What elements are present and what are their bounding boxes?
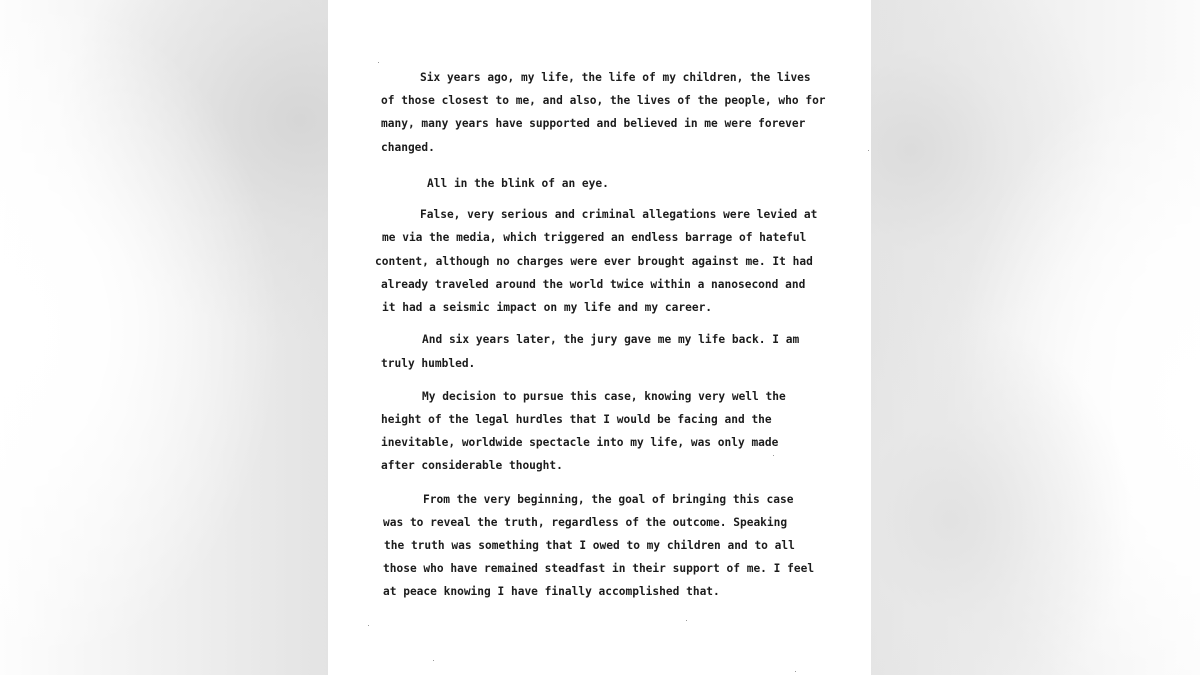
text-line: those who have remained steadfast in the… (383, 562, 814, 576)
text-line: already traveled around the world twice … (381, 278, 805, 292)
text-line: inevitable, worldwide spectacle into my … (381, 436, 778, 450)
scan-speck (868, 150, 869, 151)
text-line: was to reveal the truth, regardless of t… (383, 516, 787, 530)
scan-speck (433, 660, 434, 661)
scan-speck (368, 625, 369, 626)
typewritten-page: Six years ago, my life, the life of my c… (328, 0, 871, 675)
scan-speck (773, 455, 774, 456)
blurred-background-left (0, 0, 330, 675)
scan-speck (686, 620, 687, 621)
text-line: height of the legal hurdles that I would… (381, 413, 772, 427)
text-line: at peace knowing I have finally accompli… (383, 585, 720, 599)
scan-speck (795, 671, 796, 672)
text-line: changed. (381, 141, 435, 155)
text-line: it had a seismic impact on my life and m… (382, 301, 712, 315)
scan-speck (378, 62, 379, 63)
text-line: From the very beginning, the goal of bri… (423, 493, 793, 507)
blurred-background-right (871, 0, 1200, 675)
text-line: me via the media, which triggered an end… (382, 231, 806, 245)
text-line: False, very serious and criminal allegat… (420, 208, 817, 222)
text-line: And six years later, the jury gave me my… (422, 333, 799, 347)
text-line: content, although no charges were ever b… (375, 255, 813, 269)
text-line: All in the blink of an eye. (427, 177, 609, 191)
text-line: of those closest to me, and also, the li… (381, 94, 826, 108)
text-line: My decision to pursue this case, knowing… (422, 390, 786, 404)
text-line: truly humbled. (381, 357, 475, 371)
text-line: after considerable thought. (381, 459, 563, 473)
text-line: many, many years have supported and beli… (381, 117, 805, 131)
text-line: Six years ago, my life, the life of my c… (420, 71, 811, 85)
text-line: the truth was something that I owed to m… (384, 539, 795, 553)
